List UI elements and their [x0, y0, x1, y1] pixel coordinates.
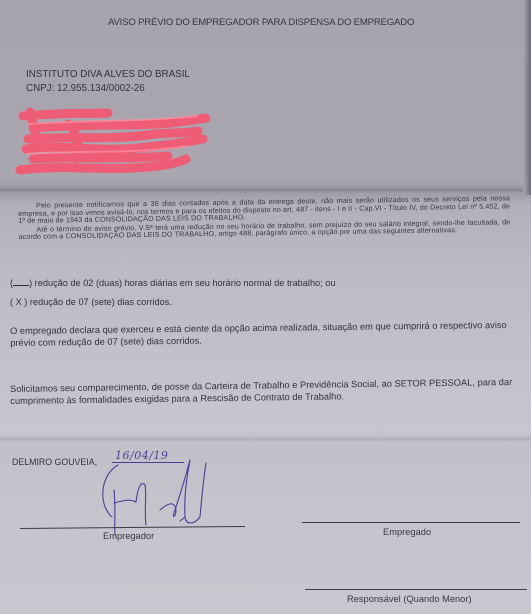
option-two-hours: () redução de 02 (duas) horas diárias em… [10, 278, 336, 288]
option-label: redução de 07 (sete) dias corridos. [30, 297, 172, 307]
employer-label: Empregador [103, 531, 154, 541]
option-seven-days: ( X ) redução de 07 (sete) dias corridos… [10, 297, 172, 307]
option-checkbox-checked: ( X ) [10, 297, 27, 307]
option-label: ) redução de 02 (duas) horas diárias em … [29, 278, 335, 288]
employee-label: Empregado [383, 527, 431, 537]
paper-fold-line [0, 436, 531, 442]
employee-signature-line [302, 522, 520, 523]
guardian-label: Responsável (Quando Menor) [347, 594, 472, 604]
guardian-signature-line [305, 589, 527, 590]
legal-notice-text: Pelo presente notificamos que a 36 dias … [18, 195, 511, 243]
attendance-request: Solicitamos seu comparecimento, de posse… [10, 376, 525, 407]
document-page: AVISO PRÉVIO DO EMPREGADOR PARA DISPENSA… [0, 0, 531, 614]
option-checkbox-empty: ( [10, 278, 29, 288]
company-name: INSTITUTO DIVA ALVES DO BRASIL [26, 69, 190, 80]
place-label: DELMIRO GOUVEIA, [12, 457, 97, 467]
company-cnpj: CNPJ: 12.955.134/0002-26 [26, 83, 145, 94]
document-title: AVISO PRÉVIO DO EMPREGADOR PARA DISPENSA… [108, 17, 414, 28]
redaction-scribble [8, 104, 213, 180]
employee-declaration: O empregado declara que exerceu e está c… [10, 319, 515, 349]
paper-fold-line [0, 187, 531, 193]
